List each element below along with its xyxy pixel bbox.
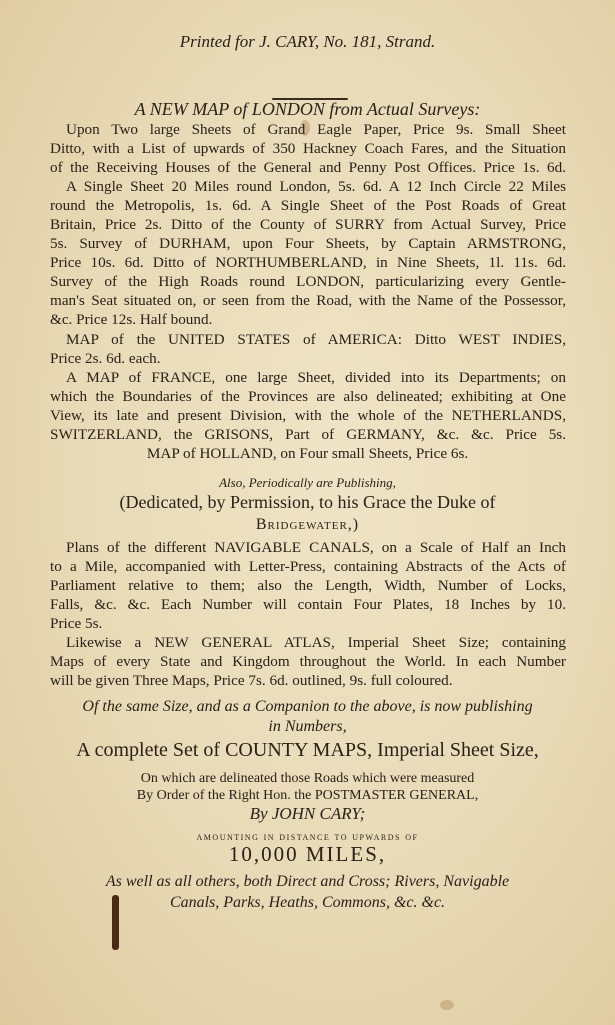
- text-line: Britain, Price 2s. Ditto of the County o…: [50, 215, 566, 234]
- section-heading: in Numbers,: [0, 717, 615, 736]
- headline-miles: 10,000 MILES,: [0, 845, 615, 864]
- title: A NEW MAP of LONDON from Actual Surveys:: [0, 100, 615, 119]
- text-line: Falls, &c. &c. Each Number will contain …: [50, 595, 566, 614]
- text-line: Maps of every State and Kingdom througho…: [50, 652, 566, 671]
- text-line: Parliament relative to them; also the Le…: [50, 576, 566, 595]
- text-line: man's Seat situated on, or seen from the…: [50, 291, 566, 310]
- dedication: (Dedicated, by Permission, to his Grace …: [0, 493, 615, 512]
- text-line: Canals, Parks, Heaths, Commons, &c. &c.: [0, 893, 615, 912]
- document-page: Printed for J. CARY, No. 181, Strand. A …: [0, 0, 615, 1025]
- section-heading: Also, Periodically are Publishing,: [0, 473, 615, 492]
- text-line: 5s. Survey of DURHAM, upon Four Sheets, …: [50, 234, 566, 253]
- text-line: Price 5s.: [50, 614, 566, 633]
- text-line: Upon Two large Sheets of Grand Eagle Pap…: [66, 120, 566, 139]
- text-line: will be given Three Maps, Price 7s. 6d. …: [50, 671, 566, 690]
- text-line: View, its late and present Division, wit…: [50, 406, 566, 425]
- text-line: MAP of HOLLAND, on Four small Sheets, Pr…: [0, 444, 615, 463]
- text-line: to a Mile, accompanied with Letter-Press…: [50, 557, 566, 576]
- section-title: A complete Set of COUNTY MAPS, Imperial …: [0, 741, 615, 760]
- text-line: Survey of the High Roads round LONDON, p…: [50, 272, 566, 291]
- text-line: SWITZERLAND, the GRISONS, Part of GERMAN…: [50, 425, 566, 444]
- text-line: By Order of the Right Hon. the POSTMASTE…: [0, 786, 615, 805]
- text-line: which the Boundaries of the Provinces ar…: [50, 387, 566, 406]
- text-line: of the Receiving Houses of the General a…: [50, 158, 566, 177]
- text-line: As well as all others, both Direct and C…: [0, 872, 615, 891]
- dedication: Bridgewater,): [0, 515, 615, 534]
- text-line: Price 2s. 6d. each.: [50, 349, 566, 368]
- text-line: round the Metropolis, 1s. 6d. A Single S…: [50, 196, 566, 215]
- imprint-header: Printed for J. CARY, No. 181, Strand.: [0, 32, 615, 51]
- author: By JOHN CARY;: [0, 804, 615, 823]
- text-line: Plans of the different NAVIGABLE CANALS,…: [66, 538, 566, 557]
- text-line: A MAP of FRANCE, one large Sheet, divide…: [66, 368, 566, 387]
- section-heading: Of the same Size, and as a Companion to …: [0, 697, 615, 716]
- text-line: Price 10s. 6d. Ditto of NORTHUMBERLAND, …: [50, 253, 566, 272]
- text-line: MAP of the UNITED STATES of AMERICA: Dit…: [66, 330, 566, 349]
- text-line: A Single Sheet 20 Miles round London, 5s…: [66, 177, 566, 196]
- text-line: &c. Price 12s. Half bound.: [50, 310, 566, 329]
- text-line: Likewise a NEW GENERAL ATLAS, Imperial S…: [66, 633, 566, 652]
- stain: [440, 1000, 454, 1010]
- text-line: Ditto, with a List of upwards of 350 Hac…: [50, 139, 566, 158]
